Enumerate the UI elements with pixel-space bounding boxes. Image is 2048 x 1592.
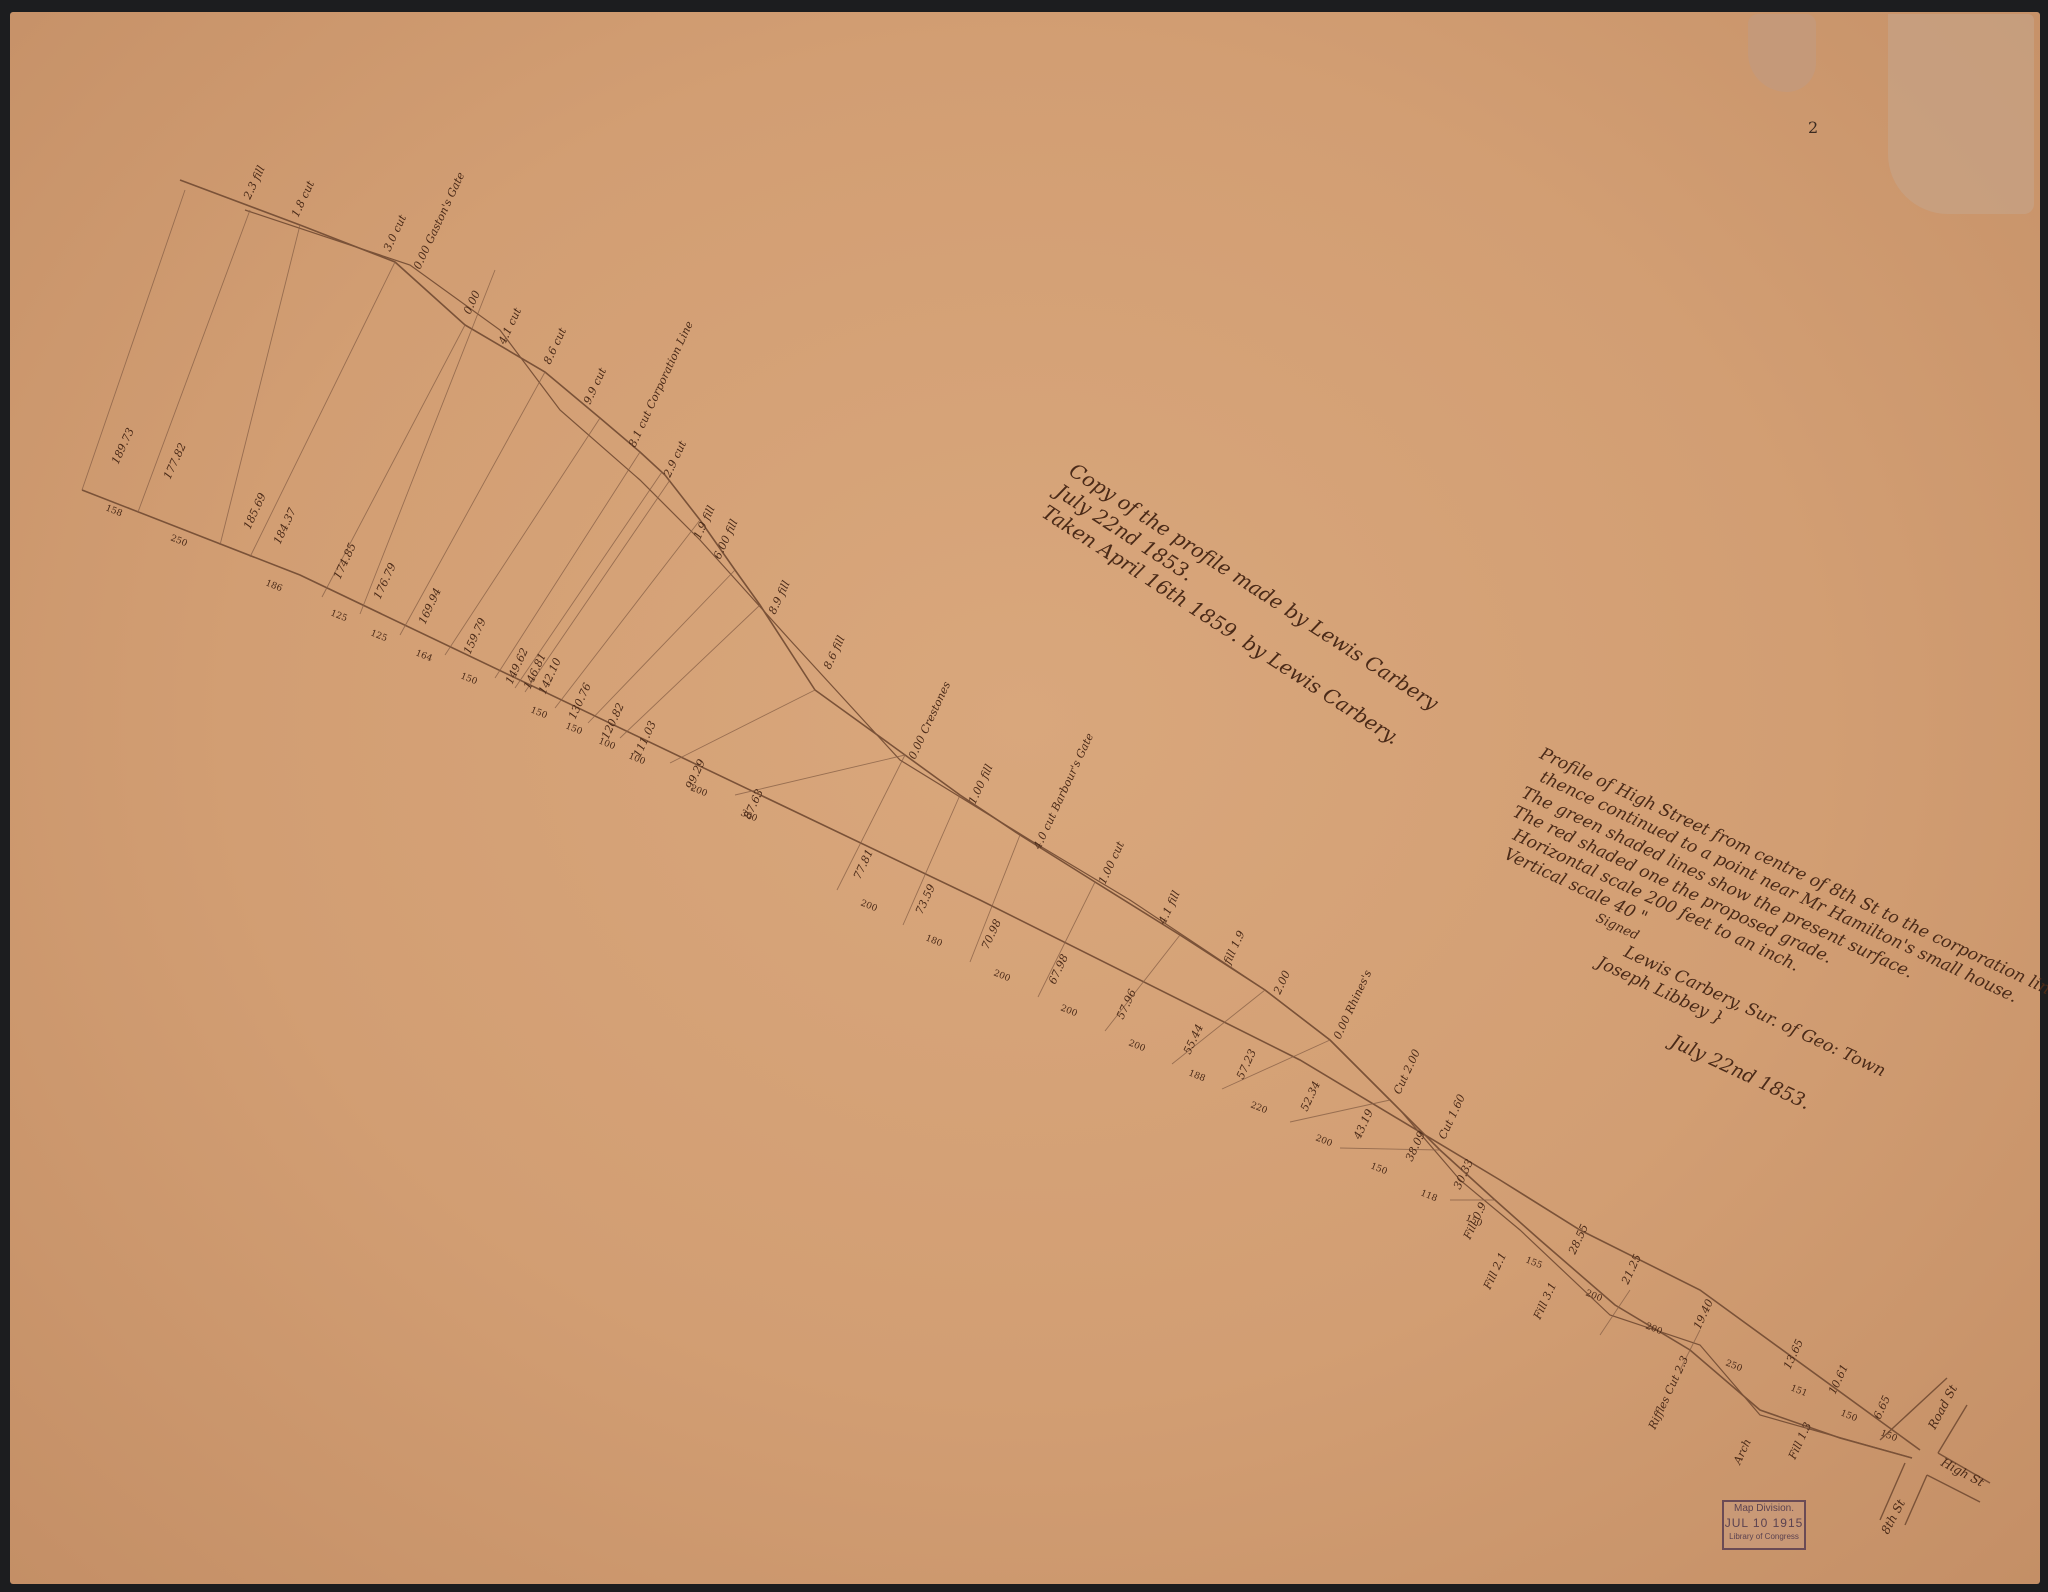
distance-label: 200 [1644,1322,1664,1338]
distance-label: 200 [859,899,879,915]
distance-label: 164 [414,649,434,665]
grade-note: fill 1.9 [1221,929,1248,967]
distance-label: 200 [992,969,1012,985]
grade-note: 9.9 cut [581,365,609,406]
elevation-label: 189.73 [109,426,137,466]
distance-label: 125 [369,629,389,645]
elevation-label: 10.61 [1826,1362,1851,1396]
distance-label: 188 [1187,1069,1207,1085]
distance-label: 250 [1724,1359,1744,1375]
distance-label: 150 [1879,1429,1899,1445]
grade-note: 8.6 fill [821,633,848,671]
grade-note: 4.1 cut [496,305,525,347]
elevation-label: 169.94 [416,586,444,626]
distance-label: 250 [169,534,189,550]
stamp-date: JUL 10 1915 [1724,1516,1804,1530]
distance-label: 151 [1789,1384,1809,1400]
elevation-label: 174.85 [331,541,359,581]
grade-note: 2.00 [1271,969,1294,998]
distance-label: 150 [459,672,479,688]
distance-label: 150 [1369,1162,1389,1178]
elevation-label: 73.59 [913,882,938,916]
distance-label: 100 [597,737,617,753]
street-profile-drawing: 2.3 fill 1.8 cut 3.0 cut 0.00 Gaston's G… [0,0,2048,1592]
elevation-label: 77.81 [851,847,876,881]
library-stamp: Map Division. JUL 10 1915 Library of Con… [1722,1500,1806,1550]
distance-label: 200 [1584,1289,1604,1305]
eighth-street-edge [1905,1475,1927,1525]
elevation-label: 19.40 [1691,1297,1716,1331]
elevation-label: 57.96 [1114,987,1139,1021]
elevation-label: 130.76 [566,681,594,721]
grade-note: Fill 1.3 [1786,1420,1815,1462]
grade-note: 4.1 fill [1156,888,1183,927]
grade-note: Cut 2.00 [1391,1047,1423,1096]
distance-label: 150 [1839,1409,1859,1425]
elevation-label: 177.82 [161,441,189,481]
distance-label: 200 [1314,1134,1334,1150]
elevation-label: 52.34 [1298,1079,1323,1113]
grade-note: 2.3 fill [241,163,268,202]
elevation-label: 21.25 [1619,1252,1645,1287]
distance-label: 125 [329,609,349,625]
elevation-label: 176.79 [371,561,399,601]
elevation-label: 70.98 [979,917,1004,951]
grade-note: 1.00 cut [1096,839,1127,886]
grade-note: Cut 1.60 [1436,1092,1468,1141]
distance-label: 200 [1059,1004,1079,1020]
grade-note: 2.9 cut [661,438,690,480]
grade-note: 8.9 fill [766,578,793,616]
elevation-label: 43.19 [1351,1107,1377,1142]
grade-note: 6.00 fill [711,517,741,561]
grade-note: 1.9 fill [691,503,718,541]
grade-note: 1.8 cut [289,178,317,219]
distance-label: 180 [924,934,944,950]
elevation-label: 185.69 [241,491,269,531]
elevation-label: 13.65 [1781,1337,1806,1371]
elevation-label: 6.65 [1871,1394,1893,1422]
distance-label: 155 [1524,1256,1544,1272]
distance-label: 150 [564,722,584,738]
distance-label: 200 [1127,1039,1147,1055]
street-label-eighth: 8th St [1878,1497,1908,1536]
elevation-label: 38.09 [1403,1129,1428,1163]
grade-note: Fill 2.1 [1481,1250,1510,1292]
grade-note: 0.00 Gaston's Gate [411,170,468,272]
distance-label: 150 [529,706,549,722]
stamp-line: Map Division. [1724,1502,1804,1516]
grade-note: 0.00 Rhines's [1331,968,1375,1042]
distance-label: 118 [1419,1189,1439,1205]
grade-note: 8.6 cut [541,325,569,366]
grade-note: 0.00 Crestones [906,679,953,761]
distance-label: 186 [264,579,284,595]
grade-note: Riffles Cut 2.3 [1646,1354,1692,1432]
elevation-label: 55.44 [1181,1022,1206,1056]
distance-label: 200 [689,784,709,800]
grade-note: 1.00 fill [966,762,996,806]
elevation-label: 184.37 [271,506,299,546]
grade-note: 8.1 cut Corporation Line [626,319,696,450]
elevation-label: 67.98 [1046,952,1071,986]
grade-note: Fill 3.1 [1531,1280,1560,1322]
stamp-line: Library of Congress [1724,1530,1804,1544]
distance-label: 220 [1249,1101,1269,1117]
elevation-label: 57.23 [1234,1047,1259,1081]
elevation-label: 28.55 [1566,1222,1592,1257]
grade-note: Arch [1731,1437,1754,1467]
grade-note: 0.00 [461,289,483,317]
grade-note: 4.0 cut Barbour's Gate [1031,731,1097,852]
elevation-label: 159.79 [461,616,489,656]
grade-note: 3.0 cut [381,212,409,253]
